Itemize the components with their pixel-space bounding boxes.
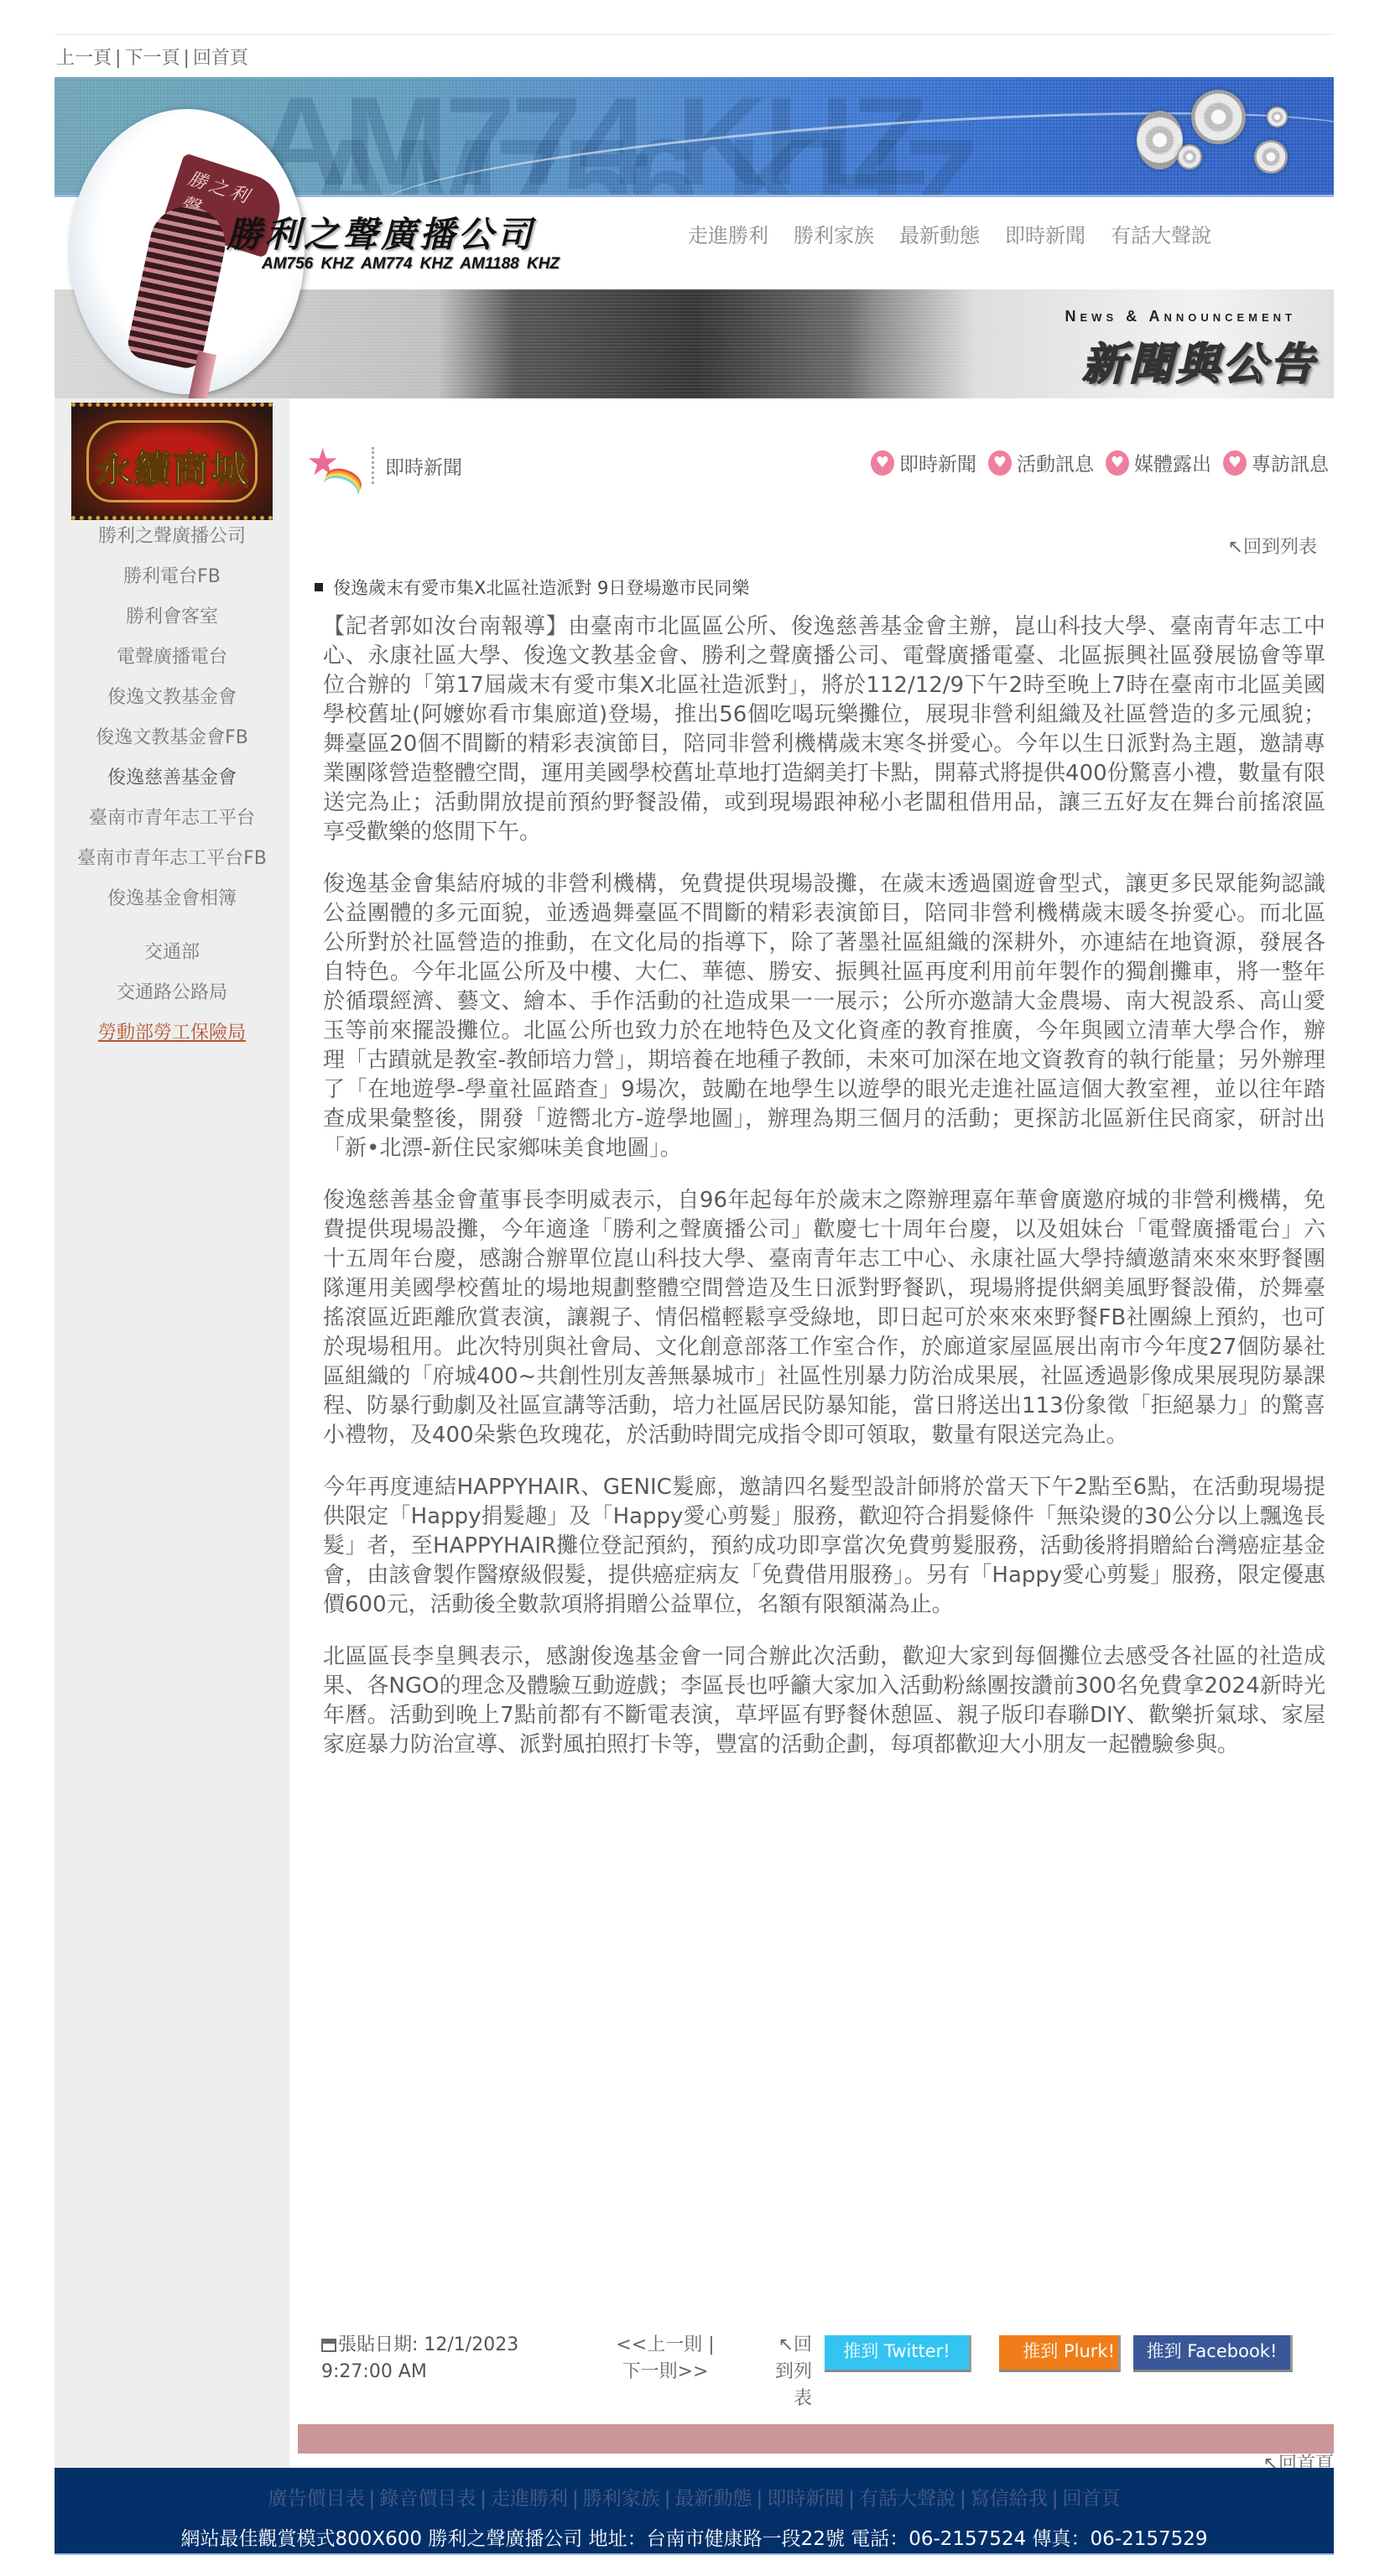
back-to-list-bottom-link[interactable]: ↖回到列表 bbox=[762, 2332, 812, 2412]
section-title-zh: 新聞與公告 bbox=[1082, 329, 1317, 392]
article-paragraph: 俊逸基金會集結府城的非營利機構，免費提供現場設攤，在歲末透過園遊會型式，讓更多民… bbox=[323, 870, 1325, 1163]
posted-date: 張貼日期: 12/1/2023 9:27:00 AM bbox=[321, 2332, 565, 2386]
separator: | bbox=[183, 48, 189, 69]
brand-name: 勝利之聲廣播公司 bbox=[226, 207, 535, 258]
heart-icon bbox=[871, 450, 894, 476]
separator: | bbox=[702, 2334, 714, 2355]
prev-page-link[interactable]: 上一頁 bbox=[56, 48, 112, 69]
article-paragraph: 北區區長李皇興表示，感謝俊逸基金會一同合辦此次活動，歡迎大家到每個攤位去感受各社… bbox=[323, 1642, 1325, 1760]
promo-banner[interactable]: 永續商城 bbox=[71, 403, 273, 520]
sidebar: 永續商城 勝利之聲廣播公司 勝利電台FB 勝利會客室 電聲廣播電台 俊逸文教基金… bbox=[55, 398, 289, 2479]
footer-link-latest[interactable]: 最新動態 bbox=[675, 2488, 752, 2510]
footer-link-recording-rates[interactable]: 錄音價目表 bbox=[379, 2488, 476, 2510]
sidebar-links: 勝利之聲廣播公司 勝利電台FB 勝利會客室 電聲廣播電台 俊逸文教基金會 俊逸文… bbox=[55, 524, 289, 1061]
footer-link-speak-out[interactable]: 有話大聲說 bbox=[859, 2488, 955, 2510]
banner-watermark: AM774 KHZ bbox=[256, 77, 925, 214]
heart-icon bbox=[988, 450, 1012, 476]
back-to-list-link[interactable]: ↖回到列表 bbox=[1228, 533, 1317, 559]
prev-next-nav: <<上一則 | 下一則>> bbox=[606, 2332, 724, 2386]
article-meta: 張貼日期: 12/1/2023 9:27:00 AM <<上一則 | 下一則>>… bbox=[321, 2332, 1341, 2391]
article-paragraph: 俊逸慈善基金會董事長李明威表示，自96年起每年於歲末之際辦理嘉年華會廣邀府城的非… bbox=[323, 1186, 1325, 1450]
article-headline: 俊逸歲末有愛市集X北區社造派對 9日登場邀市民同樂 bbox=[315, 575, 749, 600]
sidebar-item[interactable]: 俊逸慈善基金會 bbox=[55, 766, 289, 791]
share-twitter-button[interactable]: 推到 Twitter! bbox=[825, 2335, 971, 2372]
category-news[interactable]: 即時新聞 bbox=[871, 449, 976, 476]
share-facebook-button[interactable]: 推到 Facebook! bbox=[1133, 2335, 1293, 2372]
section-header: ★ 即時新聞 bbox=[306, 445, 462, 487]
home-link[interactable]: 回首頁 bbox=[193, 48, 248, 69]
category-media[interactable]: 媒體露出 bbox=[1106, 449, 1211, 476]
article-body: 【記者郭如汝台南報導】由臺南市北區區公所、俊逸慈善基金會主辦，崑山科技大學、臺南… bbox=[323, 612, 1325, 1782]
category-events[interactable]: 活動訊息 bbox=[988, 449, 1094, 476]
headline-text: 俊逸歲末有愛市集X北區社造派對 9日登場邀市民同樂 bbox=[333, 575, 749, 600]
sidebar-item[interactable]: 臺南市青年志工平台FB bbox=[55, 846, 289, 872]
category-nav: 即時新聞 活動訊息 媒體露出 專訪訊息 bbox=[871, 449, 1329, 476]
sidebar-item[interactable]: 交通路公路局 bbox=[55, 981, 289, 1006]
sidebar-item[interactable]: 勝利之聲廣播公司 bbox=[55, 524, 289, 549]
category-interviews[interactable]: 專訪訊息 bbox=[1223, 449, 1329, 476]
square-bullet-icon bbox=[315, 583, 323, 591]
footer-link-news[interactable]: 即時新聞 bbox=[767, 2488, 844, 2510]
sidebar-item[interactable]: 俊逸文教基金會FB bbox=[55, 726, 289, 751]
footer-email[interactable]: email bbox=[55, 2553, 1334, 2555]
next-article-link[interactable]: 下一則>> bbox=[622, 2361, 709, 2382]
microphone-icon bbox=[125, 200, 232, 372]
footer: 廣告價目表|錄音價目表|走進勝利|勝利家族|最新動態|即時新聞|有話大聲說|寫信… bbox=[55, 2468, 1334, 2555]
nav-latest[interactable]: 最新動態 bbox=[899, 219, 980, 248]
footer-info: 網站最佳觀賞模式800X600 勝利之聲廣播公司 地址：台南市健康路一段22號 … bbox=[55, 2523, 1334, 2551]
sidebar-item[interactable]: 臺南市青年志工平台 bbox=[55, 806, 289, 831]
sidebar-item[interactable]: 勞動部勞工保險局 bbox=[55, 1021, 289, 1046]
sidebar-item[interactable]: 俊逸文教基金會 bbox=[55, 685, 289, 710]
sidebar-item[interactable]: 交通部 bbox=[55, 940, 289, 965]
speaker-icon bbox=[1254, 140, 1288, 174]
category-label: 專訪訊息 bbox=[1252, 449, 1329, 476]
sidebar-item[interactable]: 勝利電台FB bbox=[55, 565, 289, 590]
article-paragraph: 今年再度連結HAPPYHAIR、GENIC髮廊，邀請四名髮型設計師將於當天下午2… bbox=[323, 1473, 1325, 1620]
top-divider bbox=[55, 34, 1334, 35]
sidebar-item[interactable]: 電聲廣播電台 bbox=[55, 645, 289, 670]
article-paragraph: 【記者郭如汝台南報導】由臺南市北區區公所、俊逸慈善基金會主辦，崑山科技大學、臺南… bbox=[323, 612, 1325, 847]
next-page-link[interactable]: 下一頁 bbox=[124, 48, 180, 69]
separator: | bbox=[115, 48, 121, 69]
section-title-en: News & Announcement bbox=[1065, 308, 1297, 325]
shooting-star-icon: ★ bbox=[306, 445, 365, 487]
speaker-icon bbox=[1267, 107, 1288, 127]
footer-link-contact[interactable]: 寫信給我 bbox=[971, 2488, 1048, 2510]
promo-label: 永續商城 bbox=[71, 439, 273, 492]
section-title: 即時新聞 bbox=[385, 452, 462, 480]
share-plurk-button[interactable]: 推到 Plurk! bbox=[999, 2335, 1121, 2372]
speaker-icon bbox=[1177, 144, 1202, 169]
category-label: 媒體露出 bbox=[1134, 449, 1211, 476]
footer-link-ad-rates[interactable]: 廣告價目表 bbox=[268, 2488, 365, 2510]
heart-icon bbox=[1106, 450, 1129, 476]
utility-nav: 上一頁|下一頁|回首頁 bbox=[56, 44, 248, 70]
footer-link-about[interactable]: 走進勝利 bbox=[491, 2488, 568, 2510]
brand-frequencies: AM756 KHZ AM774 KHZ AM1188 KHZ bbox=[262, 255, 560, 273]
heart-icon bbox=[1223, 450, 1247, 476]
posted-date-text: 張貼日期: 12/1/2023 9:27:00 AM bbox=[321, 2334, 518, 2382]
nav-family[interactable]: 勝利家族 bbox=[794, 219, 874, 248]
nav-speak-out[interactable]: 有話大聲說 bbox=[1111, 219, 1211, 248]
nav-about[interactable]: 走進勝利 bbox=[688, 219, 768, 248]
calendar-icon bbox=[321, 2339, 336, 2352]
sidebar-item[interactable]: 勝利會客室 bbox=[55, 605, 289, 630]
category-label: 活動訊息 bbox=[1017, 449, 1094, 476]
category-label: 即時新聞 bbox=[899, 449, 976, 476]
speaker-icon bbox=[1137, 111, 1183, 169]
section-bar bbox=[298, 2424, 1334, 2454]
prev-article-link[interactable]: <<上一則 bbox=[616, 2334, 702, 2355]
footer-link-family[interactable]: 勝利家族 bbox=[583, 2488, 660, 2510]
speaker-icon bbox=[1191, 90, 1246, 144]
dotted-divider bbox=[372, 447, 375, 484]
footer-link-home[interactable]: 回首頁 bbox=[1063, 2488, 1121, 2510]
spacer bbox=[55, 927, 289, 940]
nav-news[interactable]: 即時新聞 bbox=[1005, 219, 1085, 248]
header-banner: AM774 KHZ AM756 KHZ 走進勝利 勝利家族 最新動態 即時新聞 … bbox=[55, 77, 1334, 398]
footer-links: 廣告價目表|錄音價目表|走進勝利|勝利家族|最新動態|即時新聞|有話大聲說|寫信… bbox=[55, 2483, 1334, 2511]
sidebar-item[interactable]: 俊逸基金會相簿 bbox=[55, 887, 289, 912]
